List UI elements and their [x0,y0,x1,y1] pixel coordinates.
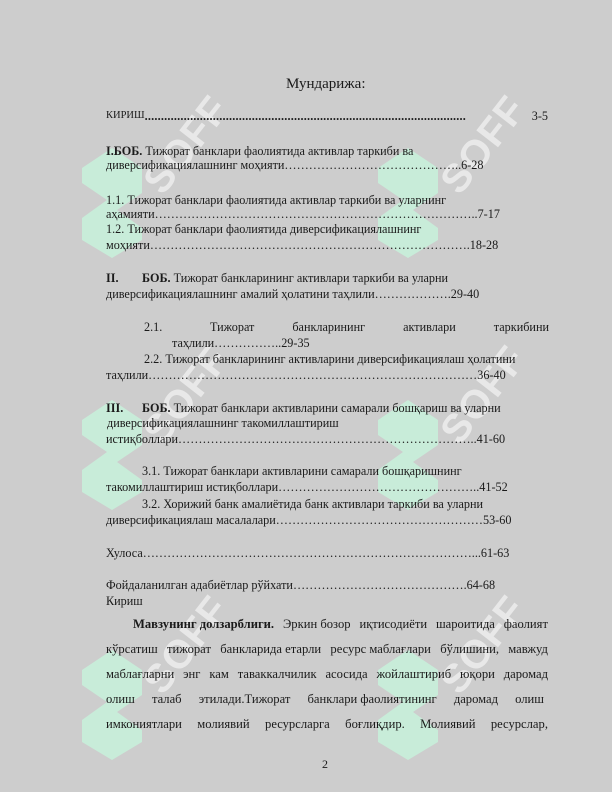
word: олиш [106,692,135,706]
word: шароитида [436,617,495,631]
word: банклари фаолиятининг [307,692,436,706]
word: асосида [325,667,367,681]
word: даромад [504,667,548,681]
chapter-number: II. [106,271,142,285]
page-number: 2 [322,757,328,771]
word: банкларида етарли [220,642,321,656]
chapter-label: БОБ. [142,401,171,415]
toc-entry-2-1-line2: таҳлили……………..29-35 [172,336,310,350]
section-number: 2.1. [144,320,172,334]
chapter-label: БОБ. [114,144,143,158]
toc-entry-3-1[interactable]: 3.1. Тижорат банклари активларини самара… [142,464,462,478]
chapter-title: Тижорат банкларининг активлари таркиби в… [171,271,448,285]
word: мавжуд [508,642,548,656]
toc-entry-chapter-3-line2: диверсификациялашнинг такомиллаштириш [107,416,339,430]
word: этилади.Тижорат [199,692,291,706]
word: тижорат [167,642,211,656]
toc-entry-2-1[interactable]: 2.1. Тижорат банкларининг активлари тарк… [144,320,549,334]
intro-line-5: имкониятлари молиявий ресурсларга боғлиқ… [106,717,548,731]
word: таваккалчилик [238,667,317,681]
word: юқори [460,667,495,681]
word: имкониятлари [106,717,182,731]
word: ресурсларга [265,717,330,731]
toc-label: КИРИШ [106,109,145,123]
toc-pages: 3-5 [532,109,548,123]
toc-entry-3-2[interactable]: 3.2. Хорижий банк амалиётида банк активл… [142,497,483,511]
word: боғлиқдир. [345,717,405,731]
toc-entry-chapter-3[interactable]: III.БОБ. Тижорат банклари активларини са… [106,401,501,415]
word: ресурслар, [491,717,548,731]
toc-entry-xulosa[interactable]: Хулоса………………………………………………………………………...61-6… [106,546,509,560]
toc-leader: ........................................… [145,109,532,123]
intro-line-2: кўрсатиш тижорат банкларида етарли ресур… [106,642,548,656]
word: активлари [403,320,456,334]
word: даромад [454,692,498,706]
toc-entry-1-2[interactable]: 1.2. Тижорат банклари фаолиятида диверси… [106,222,421,236]
intro-line-3: маблағларни энг кам таваккалчилик асосид… [106,667,548,681]
chapter-title: Тижорат банклари фаолиятида активлар тар… [142,144,413,158]
word: фаолият [504,617,548,631]
chapter-title: Тижорат банклари активларини самарали бо… [171,401,501,415]
word: бўлишини, [440,642,499,656]
toc-entry-chapter-1[interactable]: I.БОБ. Тижорат банклари фаолиятида актив… [106,144,413,158]
word: кўрсатиш [106,642,158,656]
word: кам [209,667,229,681]
intro-heading: Кириш [106,594,143,608]
toc-entry-3-1-line2: такомиллаштириш истиқболлари………………………………… [106,480,508,494]
toc-entry-3-2-line2: диверсификациялаш масалалари………………………………… [106,513,511,527]
word: талаб [152,692,182,706]
word: ресурс маблағлари [330,642,430,656]
page-title: Мундарижа: [286,77,366,91]
word: энг [183,667,200,681]
word: маблағларни [106,667,174,681]
chapter-number: I. [106,144,114,158]
toc-entry-chapter-2-line2: диверсификациялашнинг амалий ҳолатини та… [106,287,479,301]
intro-line-4: олиш талаб этилади.Тижорат банклари фаол… [106,692,544,706]
word: иқтисодиёти [359,617,427,631]
toc-entry-chapter-3-line3: истиқболлари………………………………………………………………..41… [106,432,505,446]
word: таркибини [494,320,549,334]
word: Мавзунинг долзарблиги. [133,617,274,631]
chapter-number: III. [106,401,142,415]
toc-entry-2-2[interactable]: 2.2. Тижорат банкларининг активларини ди… [144,352,515,366]
document-page: Мундарижа: КИРИШ .......................… [0,0,612,792]
toc-entry-chapter-1-line2: диверсификациялашнинг моҳияти……………………………… [106,158,483,172]
toc-entry-2-2-line2: таҳлили………………………………………………………………………36-40 [106,368,506,382]
word: Тижорат [210,320,254,334]
word: Эркин бозор [283,617,351,631]
word: Молиявий [420,717,475,731]
chapter-label: БОБ. [142,271,171,285]
word: молиявий [197,717,249,731]
word: жойлаштириб [376,667,451,681]
toc-entry-1-1[interactable]: 1.1. Тижорат банклари фаолиятида активла… [106,193,446,207]
toc-entry-1-2-line2: моҳияти…………………………………………………………………….18-28 [106,238,498,252]
toc-entry-1-1-line2: аҳамияти……………………………………………………………………..7-17 [106,207,500,221]
word: банкларининг [292,320,365,334]
intro-line-1: Мавзунинг долзарблиги. Эркин бозор иқтис… [133,617,548,631]
toc-entry-kirish[interactable]: КИРИШ ..................................… [106,109,548,123]
toc-entry-chapter-2[interactable]: II.БОБ. Тижорат банкларининг активлари т… [106,271,448,285]
toc-entry-adabiyot[interactable]: Фойдаланилган адабиётлар рўйхати……………………… [106,578,495,592]
word: олиш [515,692,544,706]
